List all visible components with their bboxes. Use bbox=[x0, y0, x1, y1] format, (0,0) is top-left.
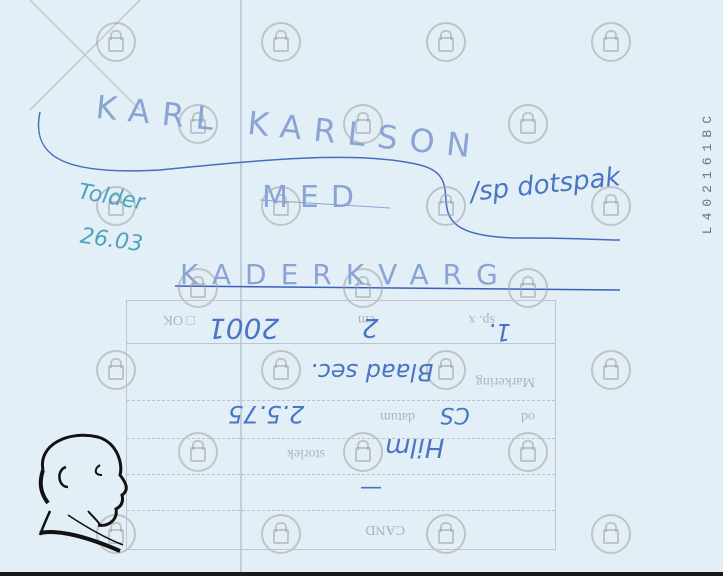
handwritten-cs: CS bbox=[440, 402, 470, 427]
watermark-lock-icon bbox=[591, 514, 631, 554]
form-label-datum: datum bbox=[380, 408, 415, 424]
side-serial-code: L402161BC bbox=[700, 110, 715, 234]
watermark-lock-icon bbox=[261, 22, 301, 62]
form-label-markering: Markering bbox=[476, 373, 535, 389]
form-label-storlek: storlek bbox=[287, 445, 325, 461]
scanned-document: CAND storlek datum od Markering □ OK cm … bbox=[0, 0, 723, 572]
handwritten-place: Blaad sec. bbox=[310, 358, 434, 386]
handwritten-date: 2.5.75 bbox=[228, 400, 304, 428]
handwritten-year: 2001 bbox=[208, 312, 279, 345]
watermark-lock-icon bbox=[96, 22, 136, 62]
portrait-logo-icon bbox=[28, 425, 133, 555]
handwritten-count: 2 bbox=[362, 312, 379, 342]
watermark-lock-icon bbox=[426, 22, 466, 62]
handwritten-sp: 1. bbox=[488, 318, 511, 346]
form-label-ok: □ OK bbox=[163, 311, 195, 327]
handwritten-street: KADERKVARG bbox=[180, 258, 512, 291]
watermark-lock-icon bbox=[508, 104, 548, 144]
watermark-lock-icon bbox=[591, 22, 631, 62]
handwritten-dash: — bbox=[360, 475, 382, 500]
watermark-lock-icon bbox=[426, 186, 466, 226]
handwritten-name-small: Hilm bbox=[385, 432, 444, 462]
handwritten-med: MED bbox=[262, 180, 366, 215]
form-label-od: od bbox=[521, 408, 535, 424]
form-label-cand: CAND bbox=[365, 521, 405, 537]
watermark-lock-icon bbox=[591, 350, 631, 390]
